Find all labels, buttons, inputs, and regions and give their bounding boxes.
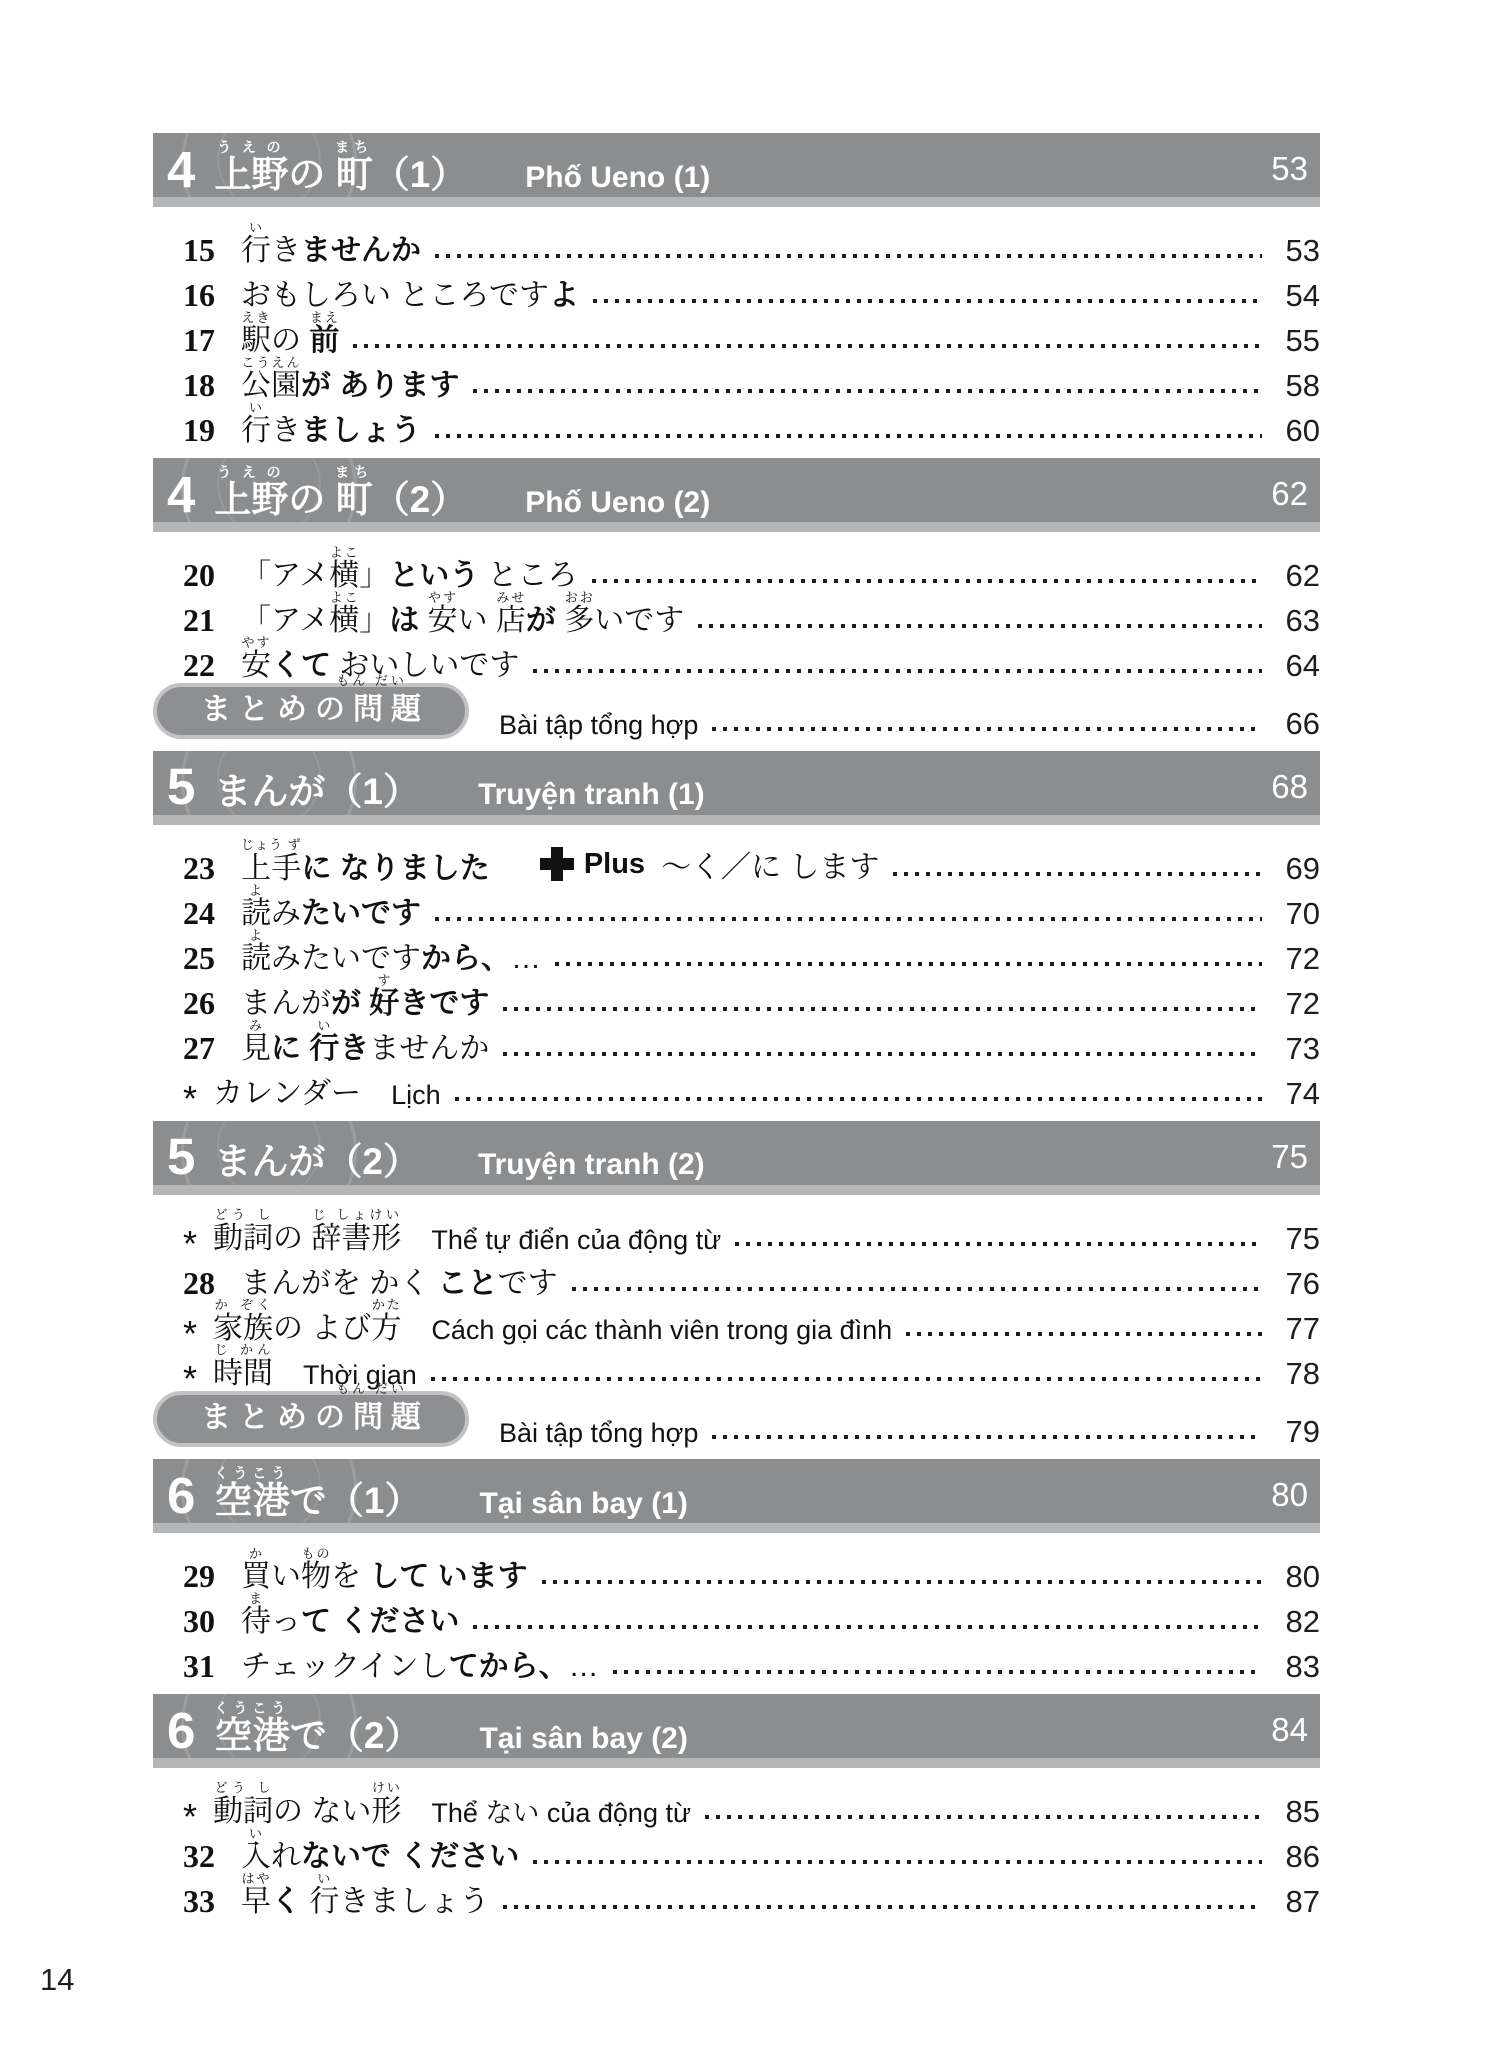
furigana: じ かん xyxy=(213,1342,273,1357)
toc-section: 4上野うえのの 町まち（1）Phố Ueno (1)5315行いきませんか531… xyxy=(153,133,1320,458)
jp-ruby: 時間じ かん xyxy=(213,1357,273,1390)
dot-leader xyxy=(735,1242,1262,1246)
furigana: かた xyxy=(371,1297,401,1312)
section-items: 29買かい物ものを して います8030待まって ください8231チェックインし… xyxy=(153,1533,1320,1694)
item-number: 22 xyxy=(183,649,229,681)
item-page-number: 80 xyxy=(1272,1561,1320,1592)
toc-item: 24読よみたいです70 xyxy=(183,884,1320,929)
jp-segment: まんがを かく xyxy=(241,1267,438,1300)
section-number: 6 xyxy=(167,1466,194,1523)
jp-segment: 家族 xyxy=(213,1312,273,1345)
dot-leader xyxy=(431,1377,1262,1381)
jp-ruby: 上手じょう ず xyxy=(241,852,301,885)
jp-segment: （1） xyxy=(373,154,468,195)
jp-ruby: 形けい xyxy=(371,1795,401,1828)
jp-ruby: 行い xyxy=(309,1885,339,1918)
plus-label: Plus xyxy=(584,848,645,881)
plus-icon xyxy=(540,847,574,881)
item-title-jp: 行いきましょう xyxy=(241,400,421,446)
toc-item: 27見みに 行いきませんか73 xyxy=(183,1019,1320,1064)
jp-segment: 上野 xyxy=(214,479,288,520)
item-page-number: 64 xyxy=(1272,650,1320,681)
section-title-vn: Truyện tranh (1) xyxy=(478,778,705,812)
dot-leader xyxy=(435,254,1262,258)
item-title-jp: 早はやく 行いきましょう xyxy=(241,1871,489,1917)
asterisk-marker: * xyxy=(183,1803,213,1832)
jp-segment: 空港 xyxy=(214,1715,290,1756)
item-title-jp: 動詞どう しの 辞書形じ しょけい xyxy=(213,1207,401,1254)
jp-ruby: 駅えき xyxy=(241,324,271,357)
toc-section: 5まんが（1）Truyện tranh (1)6823上手じょう ずに なりまし… xyxy=(153,751,1320,1121)
item-page-number: 87 xyxy=(1272,1886,1320,1917)
jp-ruby: 行い xyxy=(241,414,271,447)
jp-segment: で（1） xyxy=(290,1480,422,1521)
furigana: やす xyxy=(241,635,271,650)
furigana: まえ xyxy=(309,310,339,325)
jp-segment: まんが xyxy=(241,987,331,1020)
item-title-jp: 入いれないで ください xyxy=(241,1826,519,1872)
jp-segment: おもしろい ところです xyxy=(241,279,549,312)
furigana: じ しょけい xyxy=(311,1207,401,1222)
jp-segment: 方 xyxy=(371,1312,401,1345)
section-header: 4上野うえのの 町まち（1）Phố Ueno (1)53 xyxy=(153,133,1320,197)
section-items: 20「アメ横よこ」という ところ6221「アメ横よこ」は 安やすい 店みせが 多… xyxy=(153,532,1320,751)
jp-segment: 行 xyxy=(241,234,271,267)
toc-section: 6空港くうこうで（2）Tại sân bay (2)84*動詞どう しの ない形… xyxy=(153,1694,1320,1929)
item-page-number: 55 xyxy=(1272,325,1320,356)
header-bottom-strip xyxy=(153,815,1320,825)
item-number: 27 xyxy=(183,1032,229,1064)
toc-item: 15行いきませんか53 xyxy=(183,221,1320,266)
item-number: 23 xyxy=(183,852,229,884)
jp-segment: 行 xyxy=(309,1885,339,1918)
item-number: 26 xyxy=(183,987,229,1019)
furigana: おお xyxy=(564,590,594,605)
jp-segment: まんが（1） xyxy=(214,771,420,812)
furigana: す xyxy=(369,973,399,988)
jp-segment: てから、 xyxy=(449,1650,569,1683)
jp-segment: 形 xyxy=(371,1795,401,1828)
toc-page: 4上野うえのの 町まち（1）Phố Ueno (1)5315行いきませんか531… xyxy=(0,0,1497,2048)
furigana: どう し xyxy=(213,1780,273,1795)
furigana: えき xyxy=(241,310,271,325)
jp-segment: ませんか xyxy=(369,1032,489,1065)
dot-leader xyxy=(353,344,1262,348)
toc-section: 6空港くうこうで（1）Tại sân bay (1)8029買かい物ものを して… xyxy=(153,1459,1320,1694)
item-title-jp: チェックインしてから、… xyxy=(241,1652,599,1682)
jp-segment: み xyxy=(271,897,301,930)
furigana: よこ xyxy=(329,545,359,560)
section-items: *動詞どう しの ない形けいThể ない của động từ8532入いれな… xyxy=(153,1768,1320,1929)
dot-leader xyxy=(712,727,1262,731)
toc-item: 16おもしろい ところですよ54 xyxy=(183,266,1320,311)
jp-segment: 見 xyxy=(241,1032,271,1065)
furigana: くうこう xyxy=(214,1465,290,1481)
section-title-vn: Tại sân bay (1) xyxy=(479,1487,687,1521)
summary-badge-wrap: もん だいまとめの問題 xyxy=(153,683,469,739)
jp-segment: を xyxy=(331,1560,369,1593)
furigana: まち xyxy=(335,464,373,480)
dot-leader xyxy=(473,1625,1262,1629)
item-number: 30 xyxy=(183,1605,229,1637)
jp-segment: が xyxy=(331,987,361,1020)
section-number: 6 xyxy=(167,1701,194,1758)
jp-segment: に なりました xyxy=(301,852,489,885)
section-items: *動詞どう しの 辞書形じ しょけいThể tự điển của động t… xyxy=(153,1195,1320,1459)
jp-ruby: 好す xyxy=(369,987,399,1020)
jp-segment: みたいです xyxy=(271,942,421,975)
item-page-number: 75 xyxy=(1272,1223,1320,1254)
dot-leader xyxy=(593,299,1262,303)
jp-ruby: 空港くうこう xyxy=(214,1480,290,1521)
jp-segment: 多 xyxy=(564,604,594,637)
toc-item: 25読よみたいですから、…72 xyxy=(183,929,1320,974)
jp-segment: て ください xyxy=(301,1605,459,1638)
dot-leader xyxy=(613,1670,1262,1674)
jp-ruby: 買か xyxy=(241,1560,271,1593)
jp-segment xyxy=(419,604,427,637)
item-title-jp: カレンダー xyxy=(213,1079,361,1109)
jp-segment: 店 xyxy=(496,604,526,637)
furigana: み xyxy=(241,1018,271,1033)
item-title-jp: まんがを かく ことです xyxy=(241,1269,558,1299)
toc-item: 21「アメ横よこ」は 安やすい 店みせが 多おおいです63 xyxy=(183,591,1320,636)
furigana: い xyxy=(309,1018,339,1033)
dot-leader xyxy=(435,917,1262,921)
jp-ruby: 読よ xyxy=(241,897,271,930)
jp-segment: という xyxy=(389,559,479,592)
item-page-number: 70 xyxy=(1272,898,1320,929)
jp-segment: 横 xyxy=(329,604,359,637)
jp-segment: 上野 xyxy=(214,154,288,195)
item-page-number: 53 xyxy=(1272,235,1320,266)
jp-segment: 駅 xyxy=(241,324,271,357)
toc-item: 32入いれないで ください86 xyxy=(183,1827,1320,1872)
dot-leader xyxy=(533,669,1262,673)
jp-segment: ところ xyxy=(479,559,577,592)
dot-leader xyxy=(705,1815,1262,1819)
jp-segment: き xyxy=(271,414,301,447)
item-page-number: 66 xyxy=(1272,708,1320,739)
jp-ruby: 行い xyxy=(241,234,271,267)
dot-leader xyxy=(473,389,1262,393)
dot-leader xyxy=(906,1332,1262,1336)
section-items: 23上手じょう ずに なりましたPlus～く／に します6924読よみたいです7… xyxy=(153,825,1320,1121)
jp-segment: の xyxy=(288,154,335,195)
section-header: 6空港くうこうで（2）Tại sân bay (2)84 xyxy=(153,1694,1320,1758)
toc-item: 28まんがを かく ことです76 xyxy=(183,1254,1320,1299)
jp-segment: の xyxy=(271,324,309,357)
jp-ruby: 辞書形じ しょけい xyxy=(311,1222,401,1255)
toc-item: 30待まって ください82 xyxy=(183,1592,1320,1637)
section-number: 4 xyxy=(167,465,194,522)
section-title-jp: 上野うえのの 町まち（1） xyxy=(214,139,467,197)
item-number: 31 xyxy=(183,1650,229,1682)
dot-leader xyxy=(893,872,1262,876)
section-page-number: 80 xyxy=(1271,1476,1308,1514)
jp-segment: くて xyxy=(271,649,331,682)
toc-item: 18公園こうえんが あります58 xyxy=(183,356,1320,401)
item-number: 15 xyxy=(183,234,229,266)
summary-badge-wrap: もん だいまとめの問題 xyxy=(153,1391,469,1447)
jp-ruby: 前まえ xyxy=(309,324,339,357)
jp-segment: 空港 xyxy=(214,1480,290,1521)
jp-ruby: 方かた xyxy=(371,1312,401,1345)
jp-segment: く xyxy=(271,1885,301,1918)
jp-segment: 早 xyxy=(241,1885,271,1918)
item-title-jp: 読よみたいですから、… xyxy=(241,928,541,974)
jp-segment: 横 xyxy=(329,559,359,592)
jp-segment: ないで ください xyxy=(301,1840,519,1873)
item-page-number: 63 xyxy=(1272,605,1320,636)
jp-ruby: 物もの xyxy=(301,1560,331,1593)
summary-exercise-item: もん だいまとめの問題Bài tập tổng hợp79 xyxy=(153,1389,1320,1447)
jp-segment: 安 xyxy=(428,604,458,637)
jp-segment: カレンダー xyxy=(213,1077,361,1110)
toc-content: 4上野うえのの 町まち（1）Phố Ueno (1)5315行いきませんか531… xyxy=(153,133,1320,1929)
jp-segment: 「アメ xyxy=(241,559,329,592)
item-title-jp: 待まって ください xyxy=(241,1591,459,1637)
dot-leader xyxy=(503,1052,1262,1056)
item-page-number: 85 xyxy=(1272,1796,1320,1827)
section-title-jp: 上野うえのの 町まち（2） xyxy=(214,464,467,522)
toc-item: 26まんがが 好すきです72 xyxy=(183,974,1320,1019)
jp-ruby: 読よ xyxy=(241,942,271,975)
summary-exercise-item: もん だいまとめの問題Bài tập tổng hợp66 xyxy=(153,681,1320,739)
jp-segment: ませんか xyxy=(301,234,421,267)
furigana: い xyxy=(309,1871,339,1886)
furigana: どう し xyxy=(213,1207,273,1222)
section-page-number: 53 xyxy=(1271,150,1308,188)
item-title-jp: 「アメ横よこ」という ところ xyxy=(241,545,578,591)
jp-segment: から、 xyxy=(421,942,511,975)
item-page-number: 83 xyxy=(1272,1651,1320,1682)
jp-segment: 行 xyxy=(241,414,271,447)
jp-ruby: 待ま xyxy=(241,1605,271,1638)
item-title-jp: 買かい物ものを して います xyxy=(241,1546,528,1592)
dot-leader xyxy=(712,1435,1262,1439)
section-title-vn: Phố Ueno (1) xyxy=(525,161,710,195)
jp-ruby: 入い xyxy=(241,1840,271,1873)
section-page-number: 68 xyxy=(1271,768,1308,806)
jp-segment: 読 xyxy=(241,897,271,930)
furigana: い xyxy=(241,220,271,235)
dot-leader xyxy=(533,1860,1262,1864)
jp-segment: い xyxy=(458,604,496,637)
jp-ruby: 町まち xyxy=(336,154,373,195)
plus-pattern-text: ～く／に します xyxy=(661,842,879,886)
jp-segment: チェックインし xyxy=(241,1650,449,1683)
furigana: よ xyxy=(241,928,271,943)
toc-item: *カレンダーLịch74 xyxy=(183,1064,1320,1109)
jp-segment: 町 xyxy=(335,154,373,195)
section-title-jp: 空港くうこうで（2） xyxy=(214,1700,421,1758)
item-translation-vn: Lịch xyxy=(391,1081,441,1111)
jp-segment: よ xyxy=(549,279,579,312)
dot-leader xyxy=(435,434,1262,438)
dot-leader xyxy=(698,624,1262,628)
jp-segment: 動詞 xyxy=(213,1795,273,1828)
section-title-vn: Truyện tranh (2) xyxy=(478,1148,705,1182)
jp-ruby: 横よこ xyxy=(329,559,359,592)
jp-segment: して います xyxy=(369,1560,527,1593)
item-number: 16 xyxy=(183,279,229,311)
item-page-number: 58 xyxy=(1272,370,1320,401)
asterisk-marker: * xyxy=(183,1320,213,1349)
item-page-number: 77 xyxy=(1272,1313,1320,1344)
jp-segment: 辞書形 xyxy=(311,1222,401,1255)
toc-item: 20「アメ横よこ」という ところ62 xyxy=(183,546,1320,591)
dot-leader xyxy=(503,1905,1262,1909)
jp-segment: 待 xyxy=(241,1605,271,1638)
jp-segment: 好 xyxy=(369,987,399,1020)
jp-segment: たいです xyxy=(301,897,421,930)
jp-segment: が あります xyxy=(301,369,459,402)
toc-sections: 4上野うえのの 町まち（1）Phố Ueno (1)5315行いきませんか531… xyxy=(153,133,1320,1929)
book-page-number: 14 xyxy=(40,1962,74,1998)
badge-furigana: もん だい xyxy=(336,670,407,689)
dot-leader xyxy=(542,1580,1262,1584)
section-page-number: 62 xyxy=(1271,475,1308,513)
jp-segment: 物 xyxy=(301,1560,331,1593)
section-header: 5まんが（1）Truyện tranh (1)68 xyxy=(153,751,1320,815)
jp-ruby: 公園こうえん xyxy=(241,369,301,402)
toc-item: 19行いきましょう60 xyxy=(183,401,1320,446)
item-title-jp: まんがが 好すきです xyxy=(241,973,489,1019)
jp-segment: （2） xyxy=(373,479,468,520)
item-page-number: 78 xyxy=(1272,1358,1320,1389)
furigana: はや xyxy=(241,1871,271,1886)
jp-segment: 安 xyxy=(241,649,271,682)
section-title-jp: 空港くうこうで（1） xyxy=(214,1465,421,1523)
jp-ruby: 町まち xyxy=(336,479,373,520)
jp-segment: 入 xyxy=(241,1840,271,1873)
furigana: か xyxy=(241,1546,271,1561)
item-page-number: 73 xyxy=(1272,1033,1320,1064)
jp-segment: に xyxy=(271,1032,301,1065)
jp-ruby: 安やす xyxy=(428,604,458,637)
furigana: うえの xyxy=(214,139,288,155)
jp-segment: 前 xyxy=(309,324,339,357)
header-bottom-strip xyxy=(153,1758,1320,1768)
toc-item: 29買かい物ものを して います80 xyxy=(183,1547,1320,1592)
summary-badge: まとめの問題 xyxy=(153,683,469,739)
item-title-jp: 見みに 行いきませんか xyxy=(241,1018,489,1064)
item-page-number: 54 xyxy=(1272,280,1320,311)
jp-segment: きです xyxy=(399,987,489,1020)
jp-segment: で（2） xyxy=(290,1715,422,1756)
jp-segment: … xyxy=(511,942,541,975)
section-title-jp: まんが（2） xyxy=(214,1131,420,1185)
item-title-jp: 上手じょう ずに なりました xyxy=(241,837,490,884)
item-number: 21 xyxy=(183,604,229,636)
section-header: 5まんが（2）Truyện tranh (2)75 xyxy=(153,1121,1320,1185)
furigana: みせ xyxy=(496,590,526,605)
item-title-jp: おもしろい ところですよ xyxy=(241,281,579,311)
jp-segment: が xyxy=(526,604,556,637)
jp-segment: きましょう xyxy=(339,1885,489,1918)
jp-segment: ましょう xyxy=(301,414,421,447)
furigana: うえの xyxy=(214,464,288,480)
item-title-jp: 読よみたいです xyxy=(241,883,421,929)
item-page-number: 72 xyxy=(1272,943,1320,974)
item-title-jp: 公園こうえんが あります xyxy=(241,355,459,401)
item-title-jp: 時間じ かん xyxy=(213,1342,273,1389)
section-page-number: 75 xyxy=(1271,1138,1308,1176)
item-page-number: 82 xyxy=(1272,1606,1320,1637)
jp-segment: き xyxy=(339,1032,369,1065)
item-number: 25 xyxy=(183,942,229,974)
item-translation-vn: Thể tự điển của động từ xyxy=(431,1226,721,1256)
section-header: 6空港くうこうで（1）Tại sân bay (1)80 xyxy=(153,1459,1320,1523)
item-number: 24 xyxy=(183,897,229,929)
jp-ruby: 安やす xyxy=(241,649,271,682)
item-page-number: 62 xyxy=(1272,560,1320,591)
toc-item: 31チェックインしてから、…83 xyxy=(183,1637,1320,1682)
jp-segment: 買 xyxy=(241,1560,271,1593)
toc-item: *動詞どう しの 辞書形じ しょけいThể tự điển của động t… xyxy=(183,1209,1320,1254)
furigana: こうえん xyxy=(241,355,301,370)
badge-furigana: もん だい xyxy=(336,1378,407,1397)
jp-ruby: 動詞どう し xyxy=(213,1222,273,1255)
asterisk-marker: * xyxy=(183,1365,213,1394)
item-title-jp: 「アメ横よこ」は 安やすい 店みせが 多おおいです xyxy=(241,590,684,636)
section-header: 4上野うえのの 町まち（2）Phố Ueno (2)62 xyxy=(153,458,1320,522)
toc-item: *動詞どう しの ない形けいThể ない của động từ85 xyxy=(183,1782,1320,1827)
summary-badge: まとめの問題 xyxy=(153,1391,469,1447)
item-number: 19 xyxy=(183,414,229,446)
toc-item: *家族か ぞくの よび方かたCách gọi các thành viên tr… xyxy=(183,1299,1320,1344)
header-bottom-strip xyxy=(153,1185,1320,1195)
item-title-jp: 駅えきの 前まえ xyxy=(241,310,339,356)
furigana: まち xyxy=(335,139,373,155)
jp-segment: … xyxy=(569,1650,599,1683)
item-number: 18 xyxy=(183,369,229,401)
item-title-jp: 家族か ぞくの よび方かた xyxy=(213,1297,401,1344)
item-page-number: 74 xyxy=(1272,1078,1320,1109)
item-page-number: 79 xyxy=(1272,1416,1320,1447)
toc-item: 33早はやく 行いきましょう87 xyxy=(183,1872,1320,1917)
jp-segment: 読 xyxy=(241,942,271,975)
jp-ruby: 多おお xyxy=(564,604,594,637)
item-number: 32 xyxy=(183,1840,229,1872)
furigana: よこ xyxy=(329,590,359,605)
jp-segment: い xyxy=(271,1560,301,1593)
item-page-number: 69 xyxy=(1272,853,1320,884)
jp-ruby: 横よこ xyxy=(329,604,359,637)
section-number: 5 xyxy=(167,1127,194,1185)
jp-segment: の xyxy=(288,479,335,520)
jp-segment: 上手 xyxy=(241,852,302,885)
furigana: か ぞく xyxy=(213,1297,273,1312)
furigana: よ xyxy=(241,883,271,898)
jp-segment xyxy=(556,604,564,637)
toc-section: 4上野うえのの 町まち（2）Phố Ueno (2)6220「アメ横よこ」という… xyxy=(153,458,1320,751)
item-number: 29 xyxy=(183,1560,229,1592)
item-page-number: 86 xyxy=(1272,1841,1320,1872)
jp-ruby: 行い xyxy=(309,1032,339,1065)
jp-segment: 「アメ xyxy=(241,604,329,637)
item-translation-vn: Bài tập tổng hợp xyxy=(499,1419,698,1449)
jp-segment: 」 xyxy=(359,559,389,592)
jp-segment: の xyxy=(273,1222,311,1255)
dot-leader xyxy=(455,1097,1262,1101)
jp-ruby: 家族か ぞく xyxy=(213,1312,273,1345)
furigana: ま xyxy=(241,1591,271,1606)
header-bottom-strip xyxy=(153,197,1320,207)
item-translation-vn: Bài tập tổng hợp xyxy=(499,711,698,741)
jp-segment: 行 xyxy=(309,1032,339,1065)
